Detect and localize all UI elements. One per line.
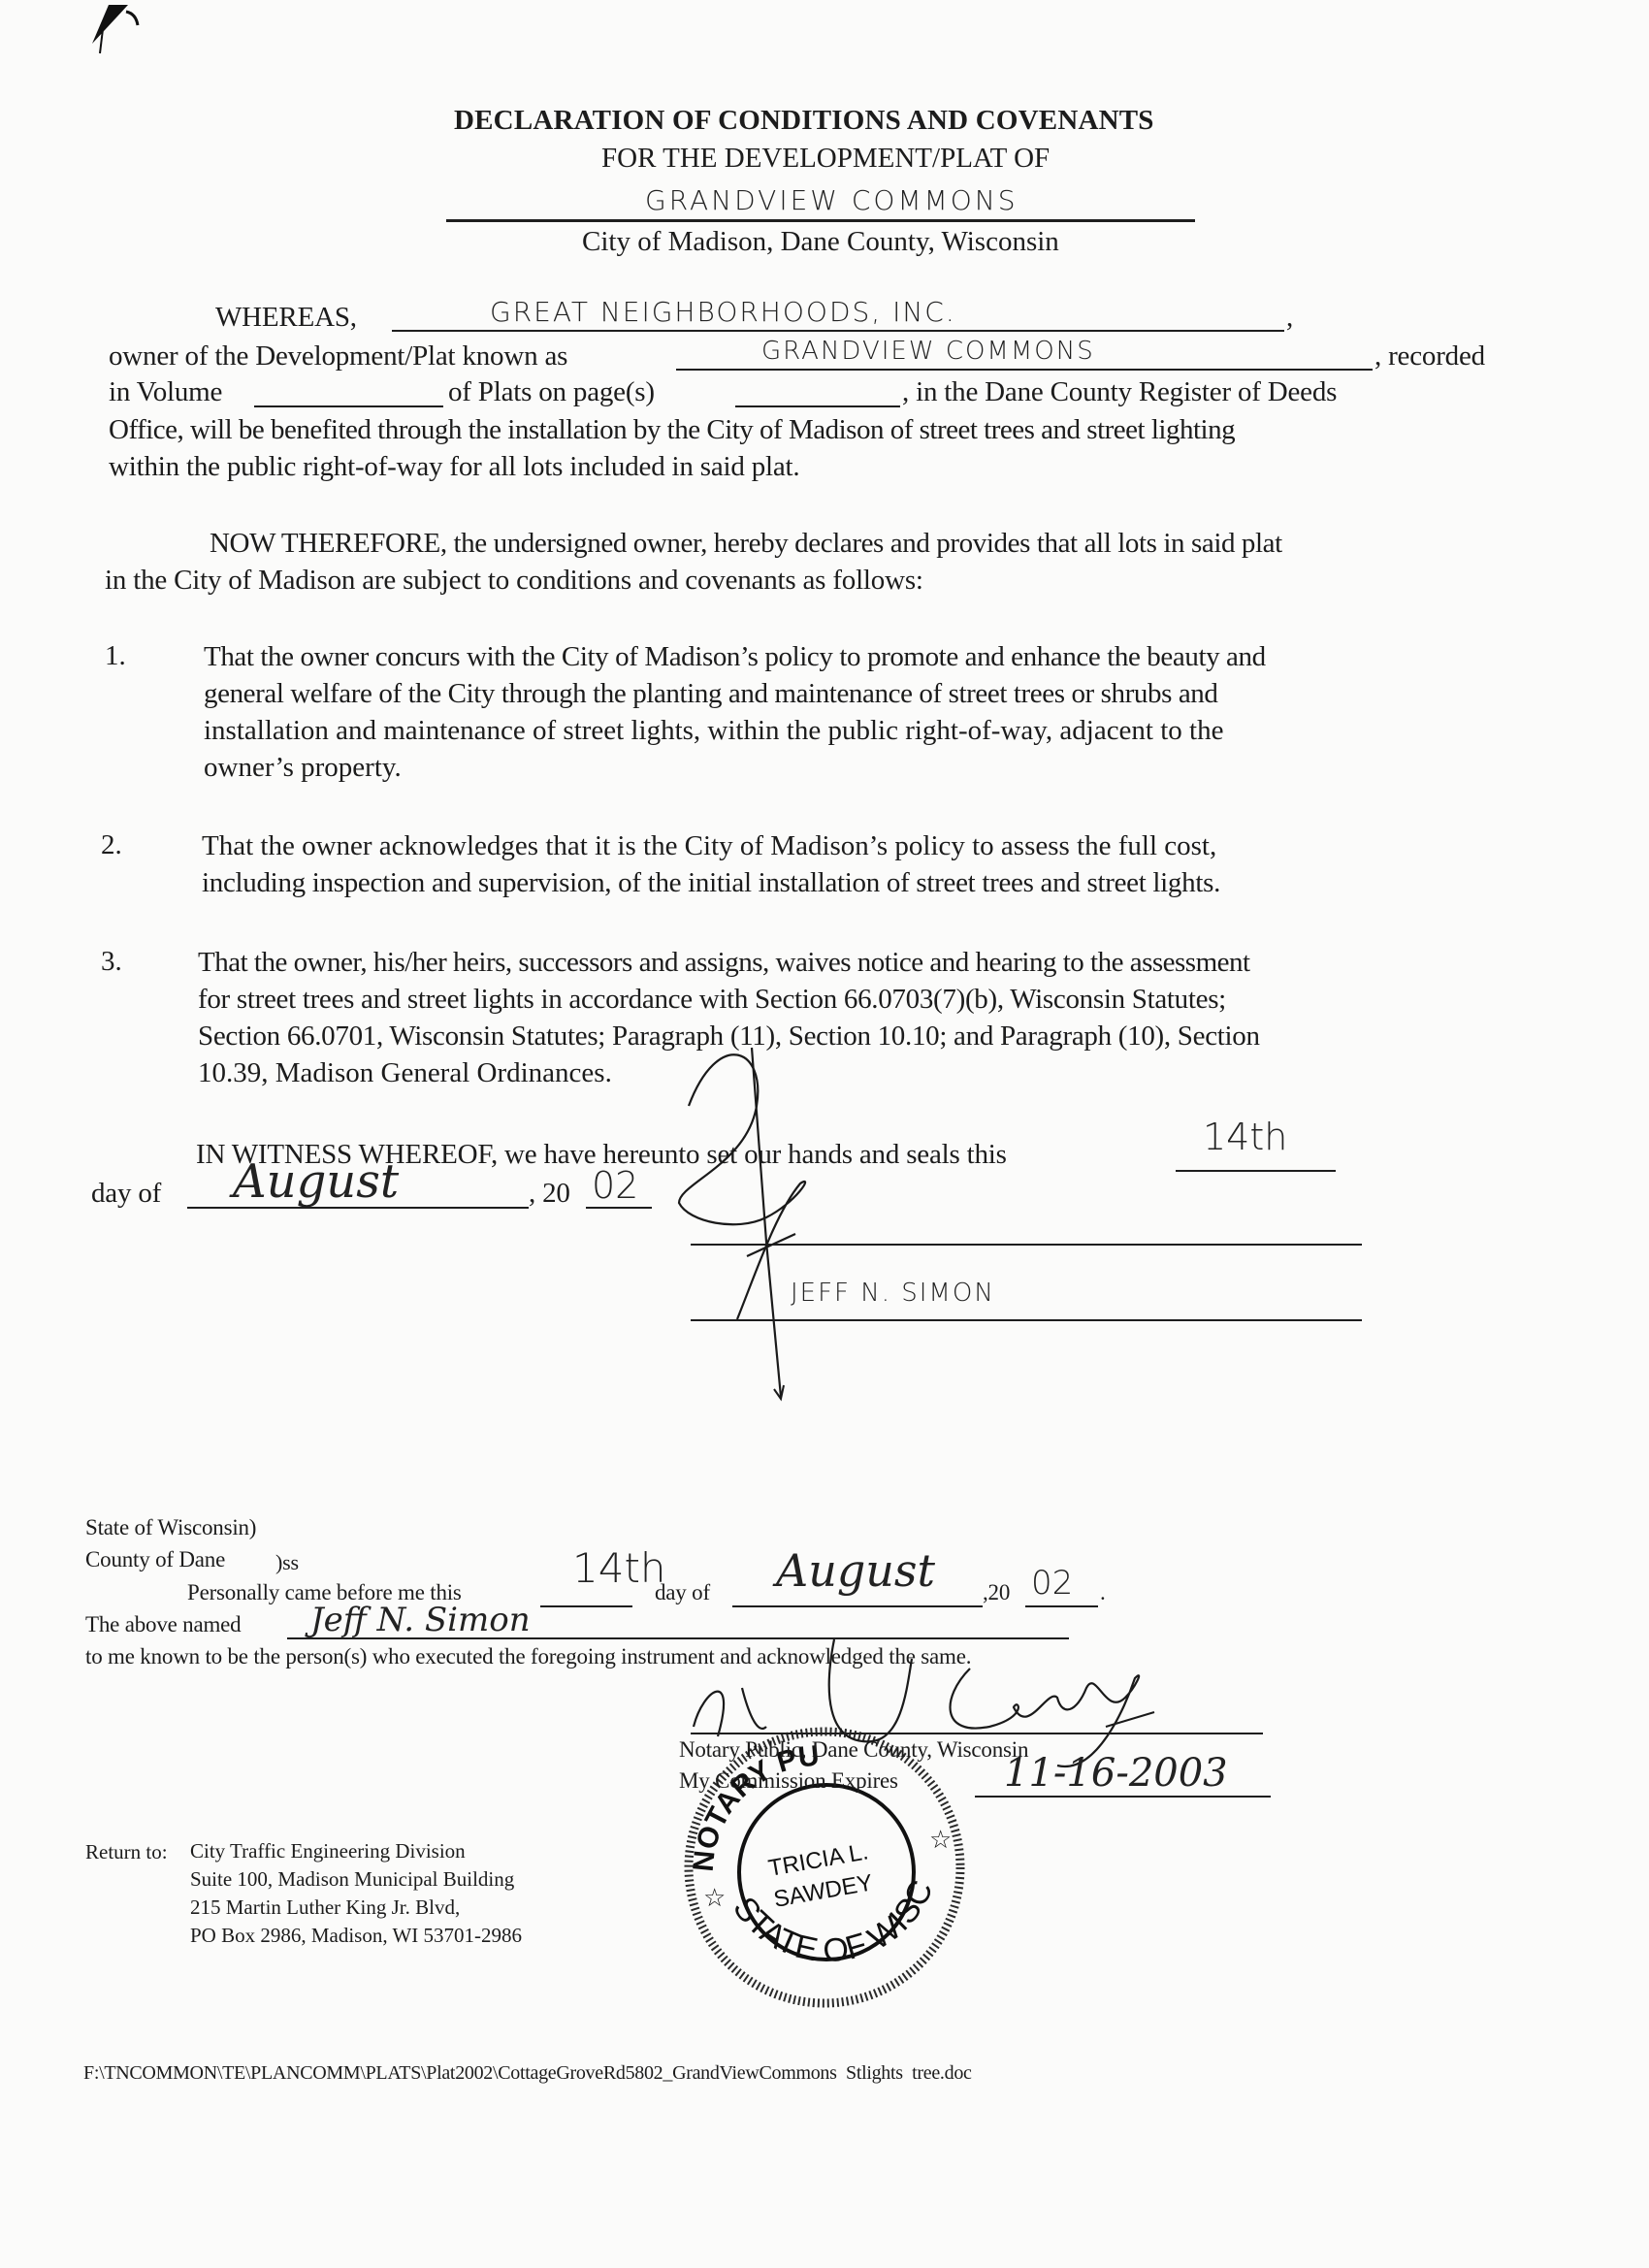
owner-name-underline [392, 330, 1284, 332]
corner-mark-icon [0, 0, 155, 78]
notary-above-named-field: Jeff N. Simon [310, 1601, 531, 1639]
document-title: DECLARATION OF CONDITIONS AND COVENANTS [454, 105, 1154, 137]
clause-1-line: general welfare of the City through the … [204, 675, 1266, 712]
witness-day-underline [1176, 1170, 1336, 1172]
witness-year-prefix: , 20 [529, 1176, 570, 1211]
whereas-line3-a: in Volume [109, 374, 222, 409]
whereas-line4: Office, will be benefited through the in… [109, 412, 1235, 447]
clause-2-text: That the owner acknowledges that it is t… [202, 827, 1220, 901]
plat-name-handwritten: GRANDVIEW COMMONS [645, 184, 1018, 216]
owner-signature-line [691, 1244, 1362, 1246]
plat-name-field: GRANDVIEW COMMONS [761, 337, 1095, 366]
notary-ss: )ss [275, 1548, 299, 1577]
notary-month-underline [732, 1605, 983, 1607]
whereas-line2-suffix: , recorded [1374, 339, 1485, 373]
clause-2-line: including inspection and supervision, of… [202, 864, 1220, 901]
witness-year-field: 02 [592, 1164, 638, 1207]
clause-1-line: installation and maintenance of street l… [204, 712, 1266, 749]
notary-year-prefix: ,20 [983, 1578, 1010, 1607]
clause-3-line: That the owner, his/her heirs, successor… [198, 944, 1260, 981]
commission-underline [975, 1796, 1271, 1798]
clause-3-number: 3. [101, 946, 122, 978]
page-field [735, 405, 900, 407]
plat-name-underline [446, 219, 1195, 222]
whereas-line2-prefix: owner of the Development/Plat known as [109, 339, 567, 373]
notary-day-of-label: day of [655, 1578, 710, 1607]
notary-year-field: 02 [1031, 1564, 1073, 1603]
notary-year-underline [1025, 1605, 1098, 1607]
notary-above-named-label: The above named [85, 1610, 241, 1639]
notary-month-field: August [776, 1544, 935, 1597]
clause-1-line: owner’s property. [204, 749, 1266, 786]
document-subtitle: FOR THE DEVELOPMENT/PLAT OF [601, 143, 1050, 175]
owner-printed-name-line [691, 1319, 1362, 1321]
return-to-label: Return to: [85, 1837, 168, 1866]
clause-2-number: 2. [101, 829, 122, 861]
owner-name-field: GREAT NEIGHBORHOODS, INC. [490, 296, 956, 328]
whereas-comma: , [1286, 300, 1293, 335]
seal-star-right-icon: ☆ [929, 1826, 952, 1854]
notary-state: State of Wisconsin) [85, 1513, 256, 1542]
commission-label: My Commission Expires [679, 1766, 898, 1796]
clause-1-number: 1. [105, 640, 126, 672]
document-location: City of Madison, Dane County, Wisconsin [582, 226, 1059, 258]
commission-expires-field: 11-16-2003 [1004, 1751, 1228, 1796]
notary-public-line: Notary Public, Dane County, Wisconsin [679, 1735, 1028, 1765]
return-to-line: City Traffic Engineering Division [190, 1837, 522, 1865]
seal-star-left-icon: ☆ [703, 1884, 726, 1912]
whereas-line3-c: , in the Dane County Register of Deeds [902, 374, 1337, 409]
notary-day-underline [540, 1605, 632, 1607]
notary-period: . [1100, 1578, 1106, 1607]
witness-month-field: August [233, 1154, 399, 1209]
witness-day-field: 14th [1203, 1116, 1287, 1158]
notary-county: County of Dane [85, 1545, 225, 1574]
plat-name-field-underline [676, 369, 1373, 371]
return-to-line: 215 Martin Luther King Jr. Blvd, [190, 1894, 522, 1922]
clause-3-line: for street trees and street lights in ac… [198, 981, 1260, 1018]
notary-day-field: 14th [572, 1544, 666, 1592]
return-to-address: City Traffic Engineering Division Suite … [190, 1837, 522, 1950]
whereas-label: WHEREAS, [215, 300, 357, 335]
file-path: F:\TNCOMMON\TE\PLANCOMM\PLATS\Plat2002\C… [83, 2062, 972, 2085]
volume-field [254, 405, 443, 407]
owner-printed-name: JEFF N. SIMON [791, 1279, 995, 1308]
witness-year-underline [586, 1207, 652, 1209]
whereas-line3-b: of Plats on page(s) [448, 374, 655, 409]
clause-1-text: That the owner concurs with the City of … [204, 638, 1266, 786]
witness-month-underline [187, 1207, 529, 1209]
witness-day-of-label: day of [91, 1176, 161, 1211]
return-to-line: Suite 100, Madison Municipal Building [190, 1865, 522, 1894]
whereas-line5: within the public right-of-way for all l… [109, 449, 799, 484]
now-therefore-line2: in the City of Madison are subject to co… [105, 563, 923, 598]
notary-signature-line [691, 1733, 1263, 1734]
now-therefore-line1: NOW THEREFORE, the undersigned owner, he… [210, 526, 1282, 561]
return-to-line: PO Box 2986, Madison, WI 53701-2986 [190, 1922, 522, 1950]
clause-1-line: That the owner concurs with the City of … [204, 638, 1266, 675]
owner-signature-icon [660, 1048, 873, 1416]
clause-2-line: That the owner acknowledges that it is t… [202, 827, 1220, 864]
